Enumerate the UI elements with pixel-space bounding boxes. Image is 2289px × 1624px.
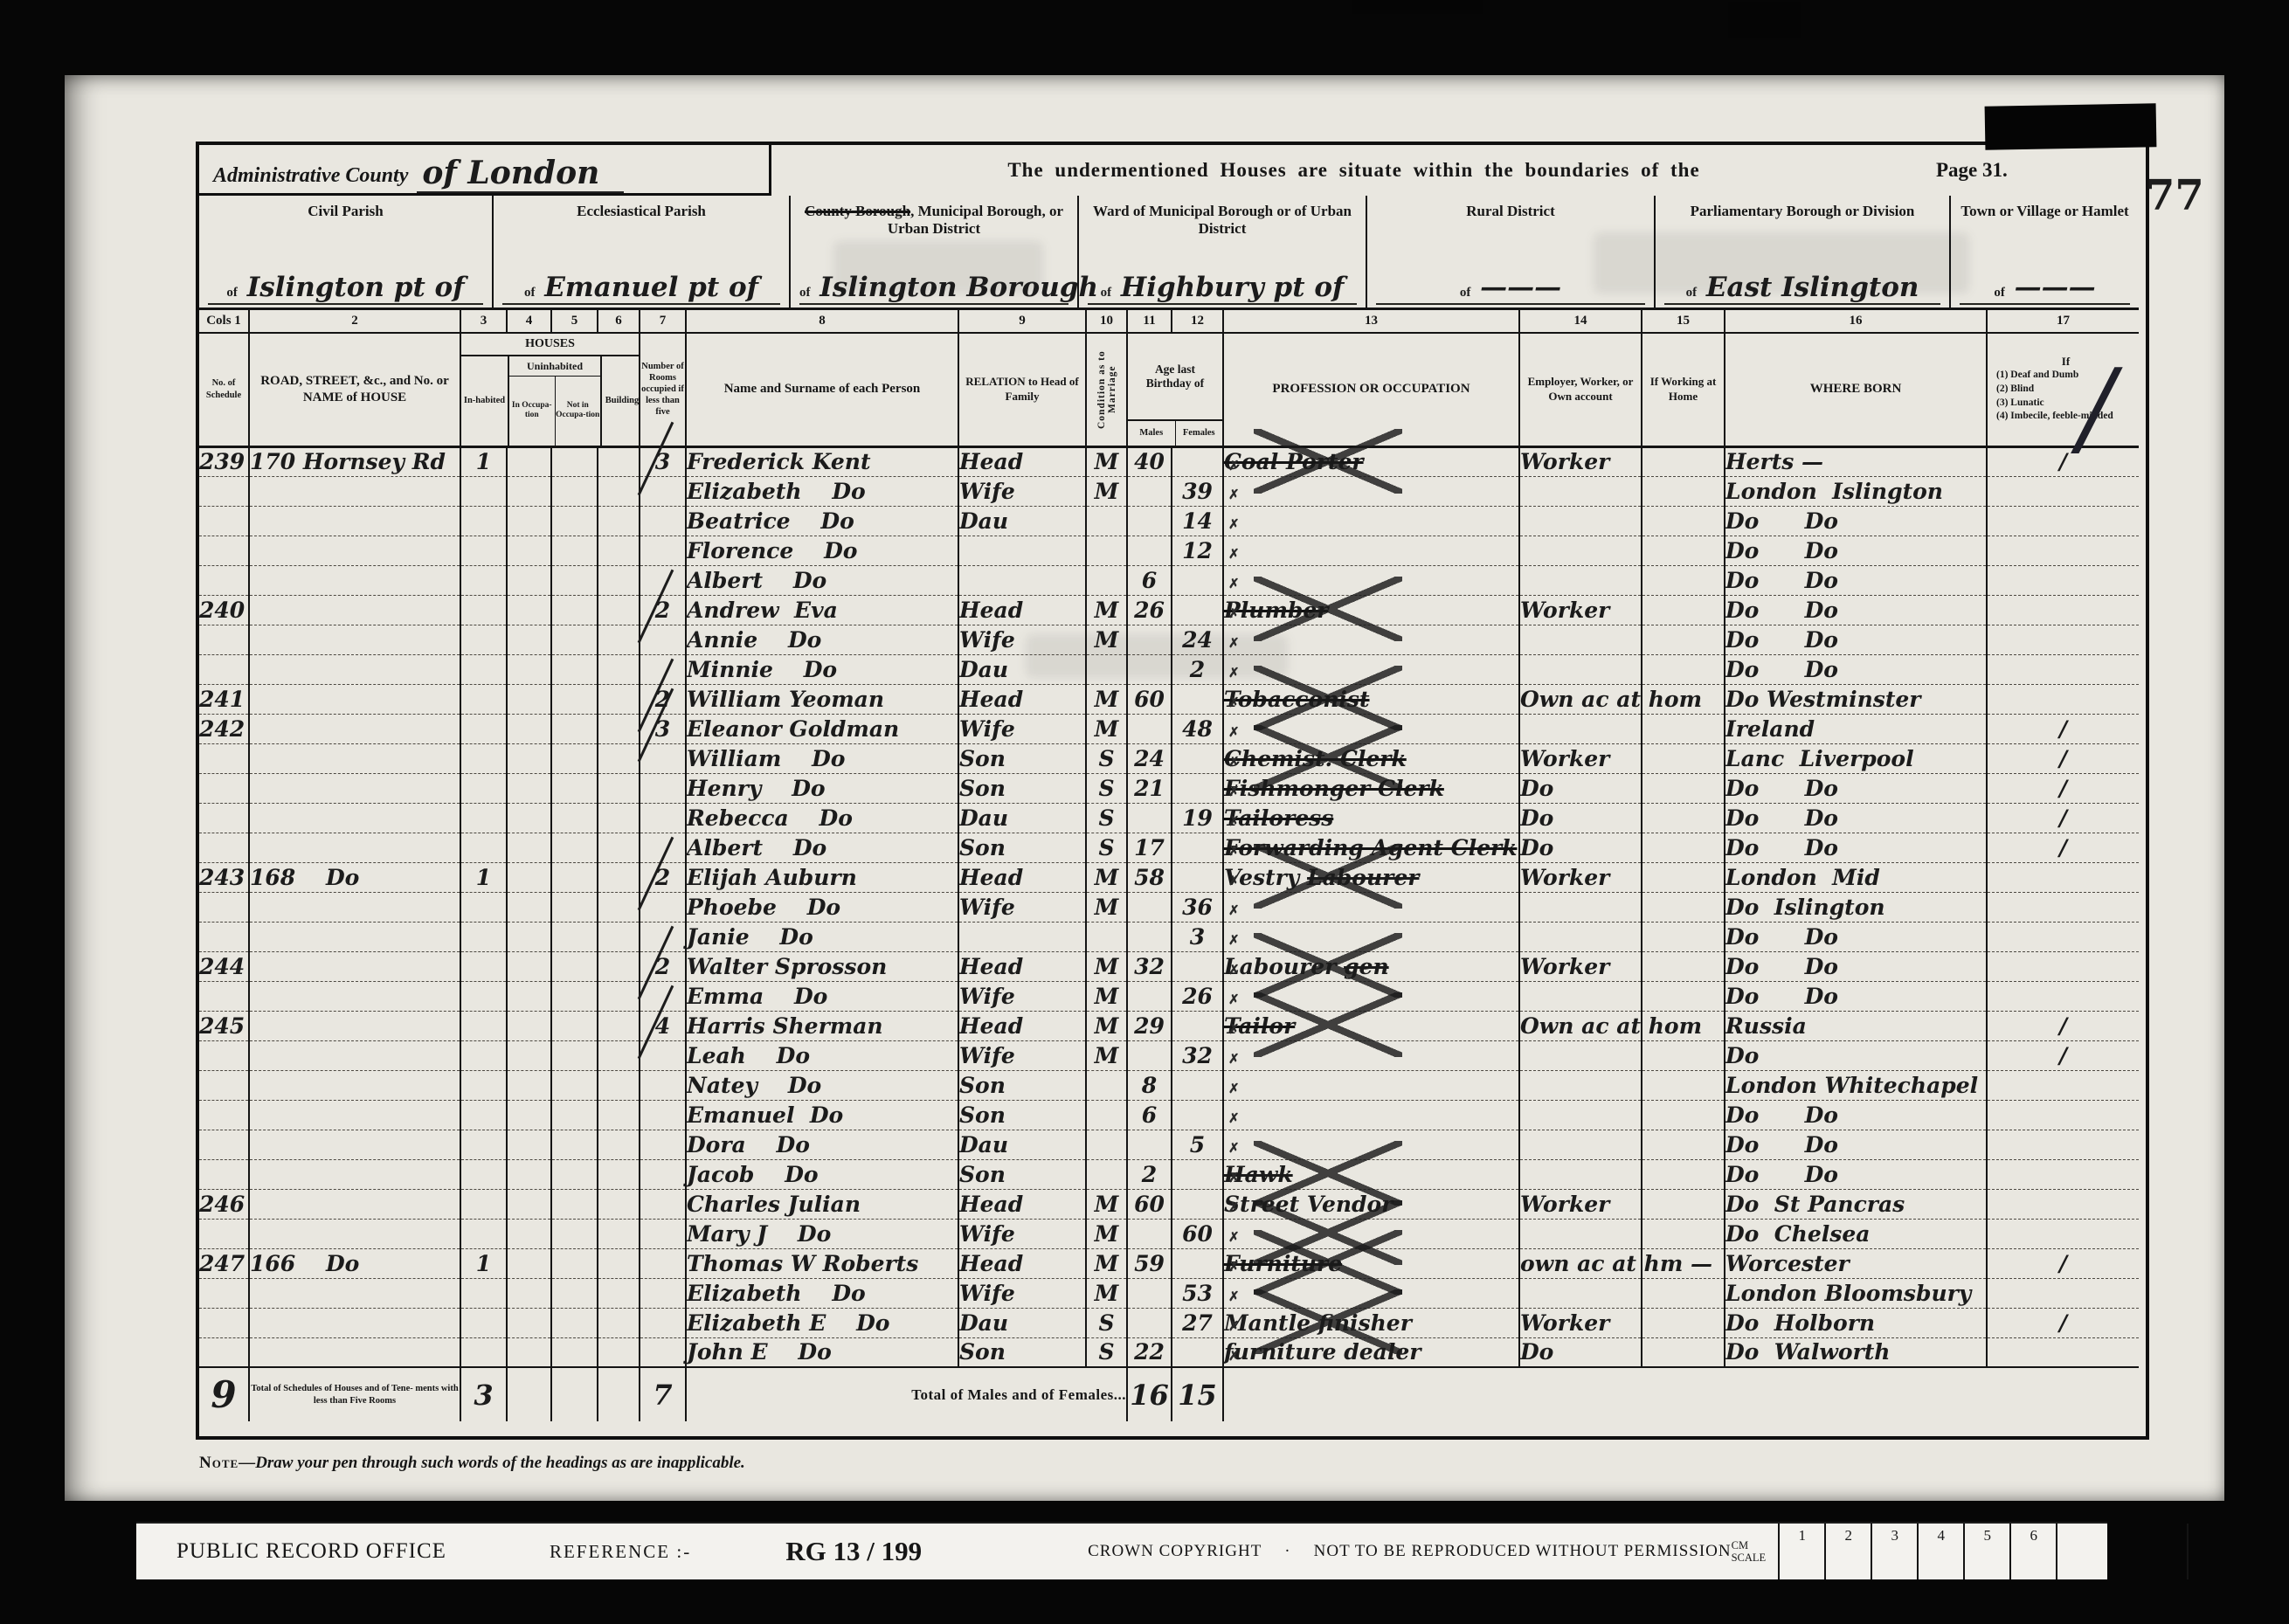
schedule-number: 242 — [199, 714, 249, 743]
rooms-count — [640, 1100, 686, 1130]
building-cell — [598, 1040, 640, 1070]
check-mark: ✗ — [1228, 570, 1240, 598]
of-prefix: of — [1460, 286, 1471, 300]
scan-artifact — [1985, 103, 2157, 149]
age-female: 36 — [1172, 892, 1223, 922]
where-born: Do Do — [1725, 654, 1987, 684]
age-female — [1172, 1337, 1223, 1367]
marital-condition: M — [1086, 1011, 1127, 1040]
in-occupation-header: In Occupa-tion — [509, 377, 555, 446]
check-mark: ✗ — [1228, 1253, 1240, 1281]
age-female — [1172, 862, 1223, 892]
person-row: Jacob Do Son 2 ✗Hawk Do Do — [199, 1159, 2139, 1189]
building-cell — [598, 714, 640, 743]
infirmity-mark: / — [1987, 1011, 2139, 1040]
working-at-home-cell — [1642, 506, 1725, 536]
schedule-number — [199, 1278, 249, 1308]
infirmity-mark — [1987, 1070, 2139, 1100]
rooms-count — [640, 476, 686, 506]
uninhabited-not-in-occupation-cell — [551, 892, 598, 922]
infirmity-mark — [1987, 862, 2139, 892]
person-name: Florence Do — [686, 536, 958, 565]
age-title: Age last Birthday of — [1128, 334, 1222, 419]
where-born: Russia — [1725, 1011, 1987, 1040]
person-row: Henry Do Son S 21 ✗Fishmonger Clerk Do D… — [199, 773, 2139, 803]
age-female: 27 — [1172, 1308, 1223, 1337]
relation-to-head: Head — [958, 1189, 1086, 1219]
marital-condition — [1086, 654, 1127, 684]
check-mark: ✗ — [1228, 1104, 1240, 1132]
uninhabited-not-in-occupation-cell — [551, 1070, 598, 1100]
person-row: Emma Do Wife M 26 ✗ Do Do — [199, 981, 2139, 1011]
employer-worker-status — [1519, 981, 1642, 1011]
check-mark: ✗ — [1228, 452, 1240, 480]
relation-to-head: Wife — [958, 1040, 1086, 1070]
employer-worker-status — [1519, 1100, 1642, 1130]
employer-worker-status — [1519, 654, 1642, 684]
rooms-count — [640, 1070, 686, 1100]
administrative-county-box: Administrative County of London — [199, 145, 771, 196]
age-male: 29 — [1127, 1011, 1172, 1040]
inhabited-mark — [460, 981, 507, 1011]
schedule-number: 241 — [199, 684, 249, 714]
administrative-county-value: of London — [417, 155, 624, 193]
census-form: Administrative County of London The unde… — [196, 142, 2149, 1440]
uninhabited-in-occupation-cell — [507, 981, 551, 1011]
inhabited-mark — [460, 654, 507, 684]
schedule-number: 240 — [199, 595, 249, 625]
check-mark: ✗ — [1228, 688, 1240, 716]
employer-worker-status — [1519, 1040, 1642, 1070]
age-male — [1127, 714, 1172, 743]
building-cell — [598, 1100, 640, 1130]
town-village-hamlet: Town or Village or Hamlet of ——— — [1949, 196, 2139, 308]
schedule-number — [199, 922, 249, 951]
uninhabited-not-in-occupation-cell — [551, 536, 598, 565]
rooms-count — [640, 506, 686, 536]
inhabited-mark — [460, 1189, 507, 1219]
inhabited-mark — [460, 565, 507, 595]
uninhabited-not-in-occupation-cell — [551, 625, 598, 654]
scan-artifact — [1728, 2, 1801, 38]
age-female — [1172, 833, 1223, 862]
address — [249, 1308, 460, 1337]
town-village-label: Town or Village or Hamlet — [1956, 203, 2133, 220]
age-male: 24 — [1127, 743, 1172, 773]
rooms-count — [640, 1337, 686, 1367]
col-num-3: 3 — [460, 309, 507, 333]
check-mark: ✗ — [1228, 1164, 1240, 1192]
col-num-9: 9 — [958, 309, 1086, 333]
where-born: Do Walworth — [1725, 1337, 1987, 1367]
employer-worker-status — [1519, 1070, 1642, 1100]
rooms-count: 4 — [640, 1011, 686, 1040]
relation-to-head: Head — [958, 1248, 1086, 1278]
relation-to-head: Son — [958, 1159, 1086, 1189]
inhabited-mark: 1 — [460, 1248, 507, 1278]
inhabited-mark — [460, 922, 507, 951]
infirmity-item: (2) Blind — [1996, 383, 2135, 397]
form-note: Note—Draw your pen through such words of… — [199, 1454, 745, 1473]
uninhabited-not-in-occupation-cell — [551, 951, 598, 981]
address — [249, 1278, 460, 1308]
inhabited-mark — [460, 1100, 507, 1130]
where-born: Do Chelsea — [1725, 1219, 1987, 1248]
working-at-home-cell — [1642, 1100, 1725, 1130]
marital-condition: M — [1086, 625, 1127, 654]
marital-condition: S — [1086, 803, 1127, 833]
relation-to-head: Son — [958, 1337, 1086, 1367]
working-at-home-cell — [1642, 1308, 1725, 1337]
uninhabited-in-occupation-cell — [507, 951, 551, 981]
person-row: Dora Do Dau 5 ✗ Do Do — [199, 1130, 2139, 1159]
person-name: Leah Do — [686, 1040, 958, 1070]
public-record-office-label: PUBLIC RECORD OFFICE — [176, 1539, 446, 1564]
address — [249, 981, 460, 1011]
relation-to-head: Son — [958, 1100, 1086, 1130]
relation-to-head: Head — [958, 951, 1086, 981]
age-male: 59 — [1127, 1248, 1172, 1278]
where-born: Do — [1725, 1040, 1987, 1070]
building-cell — [598, 922, 640, 951]
occupation-cell: ✗furniture dealer — [1223, 1337, 1519, 1367]
col-num-2: 2 — [249, 309, 460, 333]
employer-worker-status — [1519, 625, 1642, 654]
uninhabited-not-in-occupation-cell — [551, 595, 598, 625]
marital-condition: M — [1086, 1040, 1127, 1070]
uninhabited-not-in-occupation-cell — [551, 803, 598, 833]
municipal-borough-value: of Islington Borough — [799, 272, 1068, 305]
infirmity-mark: / — [1987, 743, 2139, 773]
uninhabited-not-in-occupation-cell — [551, 1159, 598, 1189]
col-num-7: 7 — [640, 309, 686, 333]
address — [249, 803, 460, 833]
person-name: Beatrice Do — [686, 506, 958, 536]
occupation-cell: ✗Tailor — [1223, 1011, 1519, 1040]
age-male: 58 — [1127, 862, 1172, 892]
schedule-number — [199, 833, 249, 862]
building-cell — [598, 536, 640, 565]
age-female: 2 — [1172, 654, 1223, 684]
column-header-row: No. of Schedule ROAD, STREET, &c., and N… — [199, 333, 2139, 447]
males-header: Males — [1128, 421, 1175, 446]
building-cell — [598, 1011, 640, 1040]
rooms-count — [640, 1159, 686, 1189]
marital-condition: M — [1086, 1219, 1127, 1248]
relation-to-head: Head — [958, 684, 1086, 714]
schedule-number — [199, 1100, 249, 1130]
occupation-cell: ✗ — [1223, 536, 1519, 565]
building-cell — [598, 1189, 640, 1219]
town-village-value: of ——— — [1960, 272, 2130, 305]
schedule-header: No. of Schedule — [199, 333, 249, 447]
check-mark: ✗ — [1228, 896, 1240, 924]
age-male — [1127, 803, 1172, 833]
infirmity-mark — [1987, 565, 2139, 595]
note-label: Note — [199, 1454, 239, 1472]
relation-to-head: Head — [958, 862, 1086, 892]
schedule-number — [199, 1070, 249, 1100]
col-num-12: 12 — [1172, 309, 1223, 333]
uninhabited-not-in-occupation-cell — [551, 1011, 598, 1040]
condition-header: Condition as to Marriage — [1086, 333, 1127, 447]
age-male — [1127, 1278, 1172, 1308]
person-name: Dora Do — [686, 1130, 958, 1159]
person-name: Annie Do — [686, 625, 958, 654]
age-female: 3 — [1172, 922, 1223, 951]
total-schedules-value: 9 — [199, 1367, 249, 1421]
where-born: Lanc Liverpool — [1725, 743, 1987, 773]
census-scan: Administrative County of London The unde… — [0, 0, 2289, 1624]
employer-worker-status: Do — [1519, 1337, 1642, 1367]
working-at-home-cell — [1642, 536, 1725, 565]
uninhabited-in-occupation-cell — [507, 446, 551, 476]
schedule-number — [199, 1337, 249, 1367]
person-name: Albert Do — [686, 565, 958, 595]
administrative-county-label: Administrative County — [213, 164, 408, 193]
occupation-cell: ✗Mantle finisher — [1223, 1308, 1519, 1337]
working-at-home-cell — [1642, 1219, 1725, 1248]
relation-to-head: Head — [958, 446, 1086, 476]
uninhabited-not-in-occupation-cell — [551, 1219, 598, 1248]
inhabited-mark — [460, 743, 507, 773]
col-num-4: 4 — [507, 309, 551, 333]
schedule-number — [199, 536, 249, 565]
civil-parish-value: of Islington pt of — [208, 272, 483, 305]
rooms-header: Number of Rooms occupied if less than fi… — [640, 333, 686, 447]
uninhabited-not-in-occupation-cell — [551, 1248, 598, 1278]
person-name: John E Do — [686, 1337, 958, 1367]
employer-worker-status: Do — [1519, 833, 1642, 862]
rooms-count — [640, 773, 686, 803]
marital-condition — [1086, 1159, 1127, 1189]
relation-to-head: Wife — [958, 1278, 1086, 1308]
infirmity-mark: / — [1987, 773, 2139, 803]
occupation-cell: ✗Furniture — [1223, 1248, 1519, 1278]
person-row: Albert Do 6 ✗ Do Do — [199, 565, 2139, 595]
col-num-16: 16 — [1725, 309, 1987, 333]
age-male — [1127, 476, 1172, 506]
relation-to-head: Son — [958, 1070, 1086, 1100]
age-female — [1172, 446, 1223, 476]
check-mark: ✗ — [1228, 985, 1240, 1013]
infirmity-mark: / — [1987, 1040, 2139, 1070]
age-male — [1127, 892, 1172, 922]
building-cell — [598, 1130, 640, 1159]
age-female — [1172, 743, 1223, 773]
occupation-cell: ✗ — [1223, 1040, 1519, 1070]
working-at-home-cell — [1642, 1337, 1725, 1367]
age-male: 6 — [1127, 565, 1172, 595]
infirmity-mark — [1987, 1278, 2139, 1308]
infirmity-mark — [1987, 1159, 2139, 1189]
address — [249, 1011, 460, 1040]
marital-condition: M — [1086, 1189, 1127, 1219]
employer-worker-status: Own ac at hom — [1519, 1011, 1642, 1040]
age-male: 40 — [1127, 446, 1172, 476]
person-name: Eleanor Goldman — [686, 714, 958, 743]
person-row: Natey Do Son 8 ✗ London Whitechapel — [199, 1070, 2139, 1100]
uninhabited-in-occupation-cell — [507, 506, 551, 536]
cm-scale-label: CM SCALE — [1732, 1539, 1767, 1565]
check-mark: ✗ — [1228, 1223, 1240, 1251]
uninhabited-not-in-occupation-cell — [551, 714, 598, 743]
person-name: Elizabeth E Do — [686, 1308, 958, 1337]
ecclesiastical-parish-value: of Emanuel pt of — [502, 272, 780, 305]
where-born: Do Do — [1725, 565, 1987, 595]
working-at-home-cell — [1642, 476, 1725, 506]
age-female: 39 — [1172, 476, 1223, 506]
inhabited-header: In-habited — [461, 356, 508, 446]
check-mark: ✗ — [1228, 837, 1240, 865]
uninhabited-in-occupation-cell — [507, 833, 551, 862]
inhabited-mark — [460, 1011, 507, 1040]
uninhabited-in-occupation-cell — [507, 892, 551, 922]
occupation-cell: ✗Chemist. Clerk — [1223, 743, 1519, 773]
marital-condition: S — [1086, 833, 1127, 862]
rooms-count — [640, 1308, 686, 1337]
cm-ruler: 1 2 3 4 5 6 — [1778, 1524, 2189, 1579]
infirmity-mark: / — [1987, 1248, 2139, 1278]
empty-cell — [1223, 1367, 2139, 1421]
where-born: Do Do — [1725, 773, 1987, 803]
ward-of-borough: Ward of Municipal Borough or of Urban Di… — [1077, 196, 1366, 308]
occupation-cell: ✗Fishmonger Clerk — [1223, 773, 1519, 803]
infirmity-mark — [1987, 1337, 2139, 1367]
person-name: Andrew Eva — [686, 595, 958, 625]
address — [249, 1040, 460, 1070]
uninhabited-in-occupation-cell — [507, 1040, 551, 1070]
infirmity-mark — [1987, 506, 2139, 536]
schedule-number — [199, 892, 249, 922]
where-born-header: WHERE BORN — [1725, 333, 1987, 447]
check-mark: ✗ — [1228, 659, 1240, 687]
age-male: 17 — [1127, 833, 1172, 862]
person-row: 244 2 Walter Sprosson Head M 32 ✗Laboure… — [199, 951, 2139, 981]
building-cell — [598, 981, 640, 1011]
employer-worker-status — [1519, 1219, 1642, 1248]
form-top-band: Administrative County of London The unde… — [199, 145, 2146, 196]
uninhabited-in-occupation-cell — [507, 1337, 551, 1367]
marital-condition: M — [1086, 981, 1127, 1011]
civil-parish-label: Civil Parish — [204, 203, 487, 220]
total-females-value: 15 — [1172, 1367, 1223, 1421]
where-born: Do St Pancras — [1725, 1189, 1987, 1219]
where-born: Do Do — [1725, 595, 1987, 625]
working-at-home-cell — [1642, 743, 1725, 773]
marital-condition: M — [1086, 1248, 1127, 1278]
scale-label: SCALE — [1732, 1551, 1767, 1564]
no-reproduction-notice: NOT TO BE REPRODUCED WITHOUT PERMISSION — [1314, 1542, 1732, 1561]
uninhabited-in-occupation-cell — [507, 1130, 551, 1159]
person-row: Beatrice Do Dau 14 ✗ Do Do — [199, 506, 2139, 536]
rooms-count — [640, 1278, 686, 1308]
check-mark: ✗ — [1228, 718, 1240, 746]
person-row: 247 166 Do 1 Thomas W Roberts Head M 59 … — [199, 1248, 2139, 1278]
person-name: Harris Sherman — [686, 1011, 958, 1040]
uninhabited-not-in-occupation-cell — [551, 506, 598, 536]
person-name: Elizabeth Do — [686, 476, 958, 506]
parliamentary-borough: Parliamentary Borough or Division of Eas… — [1654, 196, 1949, 308]
person-name: Albert Do — [686, 833, 958, 862]
schedule-number — [199, 506, 249, 536]
inhabited-mark — [460, 506, 507, 536]
infirmity-mark: / — [1987, 833, 2139, 862]
inhabited-mark — [460, 714, 507, 743]
total-males-females-label: Total of Males and of Females... — [686, 1367, 1127, 1421]
address — [249, 625, 460, 654]
age-female: 48 — [1172, 714, 1223, 743]
check-mark: ✗ — [1228, 480, 1240, 508]
uninhabited-in-occupation-cell — [507, 1100, 551, 1130]
building-cell — [598, 565, 640, 595]
person-row: Leah Do Wife M 32 ✗ Do / — [199, 1040, 2139, 1070]
age-female — [1172, 1189, 1223, 1219]
inhabited-mark — [460, 803, 507, 833]
ecclesiastical-parish-label: Ecclesiastical Parish — [499, 203, 784, 220]
rooms-count — [640, 1248, 686, 1278]
building-cell — [598, 1159, 640, 1189]
paper-sheet: Administrative County of London The unde… — [65, 75, 2224, 1501]
ruler-cell: 4 — [1919, 1524, 1965, 1579]
schedule-number — [199, 1219, 249, 1248]
working-at-home-cell — [1642, 1130, 1725, 1159]
where-born: Do Do — [1725, 922, 1987, 951]
females-header: Females — [1175, 421, 1223, 446]
schedule-number: 246 — [199, 1189, 249, 1219]
uninhabited-in-occupation-cell — [507, 565, 551, 595]
age-female — [1172, 951, 1223, 981]
footer-strip: PUBLIC RECORD OFFICE REFERENCE :- RG 13 … — [136, 1522, 2107, 1579]
relation-to-head: Dau — [958, 803, 1086, 833]
person-name: Natey Do — [686, 1070, 958, 1100]
working-at-home-cell — [1642, 625, 1725, 654]
age-male: 60 — [1127, 684, 1172, 714]
building-cell — [598, 773, 640, 803]
marital-condition: M — [1086, 714, 1127, 743]
person-row: 240 2 Andrew Eva Head M 26 ✗Plumber Work… — [199, 595, 2139, 625]
working-at-home-cell — [1642, 803, 1725, 833]
occupation-cell: ✗Labourer gen — [1223, 951, 1519, 981]
person-row: 246 Charles Julian Head M 60 ✗Street Ven… — [199, 1189, 2139, 1219]
infirmity-mark — [1987, 892, 2139, 922]
of-prefix: of — [1686, 286, 1698, 300]
check-mark: ✗ — [1228, 956, 1240, 984]
marital-condition — [1086, 536, 1127, 565]
relation-to-head — [958, 536, 1086, 565]
person-row: John E Do Son S 22 ✗furniture dealer Do … — [199, 1337, 2139, 1367]
page-number: Page 31. — [1936, 145, 2146, 196]
address — [249, 1337, 460, 1367]
uninhabited-in-occupation-cell — [507, 1308, 551, 1337]
age-female — [1172, 565, 1223, 595]
schedule-number — [199, 773, 249, 803]
rural-district-value: of ——— — [1376, 272, 1645, 305]
age-female: 60 — [1172, 1219, 1223, 1248]
municipal-borough: County Borough, Municipal Borough, or Ur… — [789, 196, 1077, 308]
building-cell — [598, 625, 640, 654]
infirmity-mark — [1987, 684, 2139, 714]
relation-to-head: Wife — [958, 1219, 1086, 1248]
infirmity-mark — [1987, 625, 2139, 654]
address — [249, 743, 460, 773]
age-header-group: Age last Birthday of Males Females — [1127, 333, 1223, 447]
person-name: Charles Julian — [686, 1189, 958, 1219]
working-at-home-cell — [1642, 922, 1725, 951]
uninhabited-title: Uninhabited — [509, 356, 600, 377]
ruler-cell: 2 — [1826, 1524, 1872, 1579]
building-cell — [598, 1070, 640, 1100]
